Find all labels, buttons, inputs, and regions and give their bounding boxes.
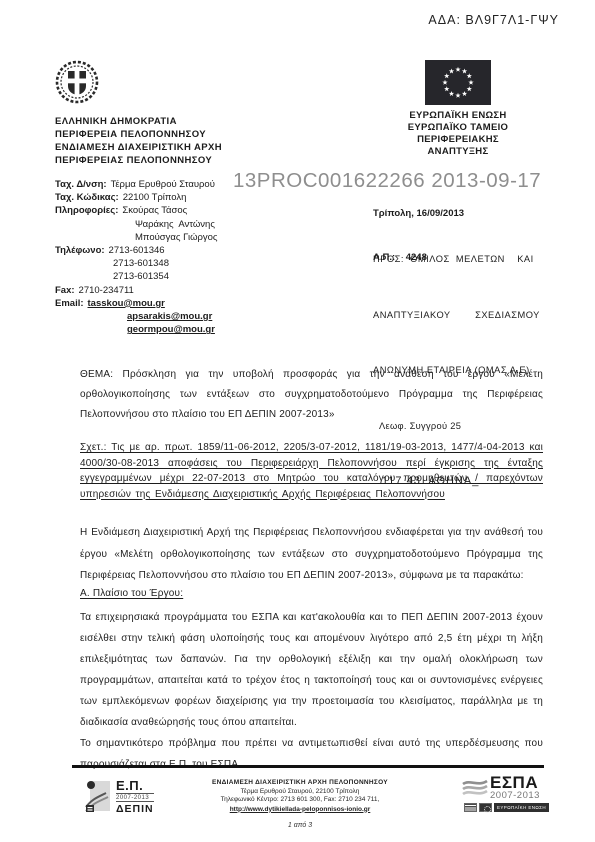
info-label: Πληροφορίες: bbox=[55, 204, 118, 217]
postal-value: 22100 Τρίπολη bbox=[123, 191, 187, 204]
fax-label: Fax: bbox=[55, 284, 75, 297]
authority-line: ΕΛΛΗΝΙΚΗ ΔΗΜΟΚΡΑΤΙΑ bbox=[55, 115, 295, 128]
reference-paragraph: Σχετ.: Τις με αρ. πρωτ. 1859/11-06-2012,… bbox=[80, 440, 543, 502]
date-protocol-block: Τρίπολη, 16/09/2013 Α.Π.: 4248 bbox=[373, 178, 464, 294]
authority-line: ΠΕΡΙΦΕΡΕΙΑ ΠΕΛΟΠΟΝΝΗΣΟΥ bbox=[55, 128, 295, 141]
phone-value: 2713-601346 bbox=[109, 244, 165, 257]
eu-flag-mini-icon bbox=[479, 803, 492, 812]
address-value: Τέρμα Ερυθρού Σταυρού bbox=[111, 178, 215, 191]
greek-emblem-icon bbox=[55, 60, 99, 104]
phone-value: 2713-601354 bbox=[113, 270, 169, 283]
email-link[interactable]: apsarakis@mou.gr bbox=[127, 310, 212, 323]
footer-website-link[interactable]: http://www.dytikiellada-peloponnisos-ion… bbox=[230, 806, 371, 815]
eu-line: ΕΥΡΩΠΑΪΚΟ ΤΑΜΕΙΟ bbox=[392, 122, 524, 134]
eu-line: ΠΕΡΙΦΕΡΕΙΑΚΗΣ bbox=[392, 134, 524, 146]
espa-waves-icon bbox=[462, 778, 488, 798]
subject-paragraph: ΘΕΜΑ: Πρόσκληση για την υποβολή προσφορά… bbox=[80, 365, 543, 425]
eu-flag-icon bbox=[425, 60, 491, 105]
contact-block: Ταχ. Δ/νση:Τέρμα Ερυθρού Σταυρού Ταχ. Κώ… bbox=[55, 178, 305, 336]
section-a-heading: Α. Πλαίσιο του Έργου: bbox=[80, 588, 543, 599]
eu-line: ΑΝΑΠΤΥΞΗΣ bbox=[392, 146, 524, 158]
footer-authority: ΕΝΔΙΑΜΕΣΗ ΔΙΑΧΕΙΡΙΣΤΙΚΗ ΑΡΧΗ ΠΕΛΟΠΟΝΝΗΣΟ… bbox=[178, 779, 422, 788]
page-number: 1 από 3 bbox=[178, 822, 422, 829]
footer-address-block: ΕΝΔΙΑΜΕΣΗ ΔΙΑΧΕΙΡΙΣΤΙΚΗ ΑΡΧΗ ΠΕΛΟΠΟΝΝΗΣΟ… bbox=[178, 779, 422, 814]
authority-line: ΕΝΔΙΑΜΕΣΗ ΔΙΑΧΕΙΡΙΣΤΙΚΗ ΑΡΧΗ bbox=[55, 141, 295, 154]
ep-depin-logo: Ε.Π. 2007-2013 ΔΕΠΙΝ bbox=[84, 779, 154, 815]
header-left: ΕΛΛΗΝΙΚΗ ΔΗΜΟΚΡΑΤΙΑ ΠΕΡΙΦΕΡΕΙΑ ΠΕΛΟΠΟΝΝΗ… bbox=[55, 60, 295, 167]
ep-depin-logo-icon bbox=[84, 779, 112, 813]
espa-logo-bar-text: ΕΥΡΩΠΑΪΚΗ ΕΝΩΣΗ bbox=[494, 803, 549, 812]
ep-logo-title: Ε.Π. bbox=[116, 779, 154, 792]
header-right: ΕΥΡΩΠΑΪΚΗ ΕΝΩΣΗ ΕΥΡΩΠΑΪΚΟ ΤΑΜΕΙΟ ΠΕΡΙΦΕΡ… bbox=[392, 60, 524, 158]
phone-label: Τηλέφωνο: bbox=[55, 244, 105, 257]
footer-phone: Τηλεφωνικό Κέντρο: 2713 601 300, Fax: 27… bbox=[178, 796, 422, 805]
email-link[interactable]: tasskou@mou.gr bbox=[88, 297, 165, 310]
section-a-paragraph: Το σημαντικότερο πρόβλημα που πρέπει να … bbox=[80, 733, 543, 775]
info-name: Σκούρας Τάσος bbox=[122, 204, 187, 217]
espa-logo: ΕΣΠΑ 2007-2013 ΕΥΡΩΠΑΪΚΗ ΕΝΩΣΗ bbox=[462, 775, 564, 812]
address-label: Ταχ. Δ/νση: bbox=[55, 178, 107, 191]
ep-logo-name: ΔΕΠΙΝ bbox=[116, 803, 154, 815]
footer-separator bbox=[72, 765, 544, 768]
espa-logo-years: 2007-2013 bbox=[490, 791, 540, 801]
greek-flag-icon bbox=[464, 803, 477, 812]
authority-line: ΠΕΡΙΦΕΡΕΙΑΣ ΠΕΛΟΠΟΝΝΗΣΟΥ bbox=[55, 154, 295, 167]
postal-label: Ταχ. Κώδικας: bbox=[55, 191, 119, 204]
email-label: Email: bbox=[55, 297, 84, 310]
footer-address: Τέρμα Ερυθρού Σταυρού, 22100 Τρίπολη bbox=[178, 788, 422, 797]
date-line: Τρίπολη, 16/09/2013 bbox=[373, 207, 464, 222]
recipient-line: ΑΝΑΠΤΥΞΙΑΚΟΥ ΣΧΕΔΙΑΣΜΟΥ bbox=[373, 306, 563, 325]
fax-value: 2710-234711 bbox=[79, 284, 134, 297]
section-a-body: Τα επιχειρησιακά προγράμματα του ΕΣΠΑ κα… bbox=[80, 607, 543, 775]
intro-paragraph: Η Ενδιάμεση Διαχειριστική Αρχή της Περιφ… bbox=[80, 522, 543, 587]
email-link[interactable]: geormpou@mou.gr bbox=[127, 323, 215, 336]
info-name: Ψαράκης Αντώνης bbox=[135, 218, 215, 231]
section-a-paragraph: Τα επιχειρησιακά προγράμματα του ΕΣΠΑ κα… bbox=[80, 607, 543, 733]
espa-logo-title: ΕΣΠΑ bbox=[490, 775, 540, 791]
document-page: ΑΔΑ: ΒΛ9Γ7Λ1-ΓΨΥ ΕΛΛΗΝΙΚΗ ΔΗΜΟΚΡΑΤΙΑ ΠΕΡ… bbox=[0, 0, 595, 842]
phone-value: 2713-601348 bbox=[113, 257, 169, 270]
eu-line: ΕΥΡΩΠΑΪΚΗ ΕΝΩΣΗ bbox=[392, 110, 524, 122]
ada-number: ΑΔΑ: ΒΛ9Γ7Λ1-ΓΨΥ bbox=[428, 13, 559, 27]
ep-logo-years: 2007-2013 bbox=[116, 793, 154, 802]
protocol-number: Α.Π.: 4248 bbox=[373, 251, 464, 266]
info-name: Μπούσγας Γιώργος bbox=[135, 231, 218, 244]
